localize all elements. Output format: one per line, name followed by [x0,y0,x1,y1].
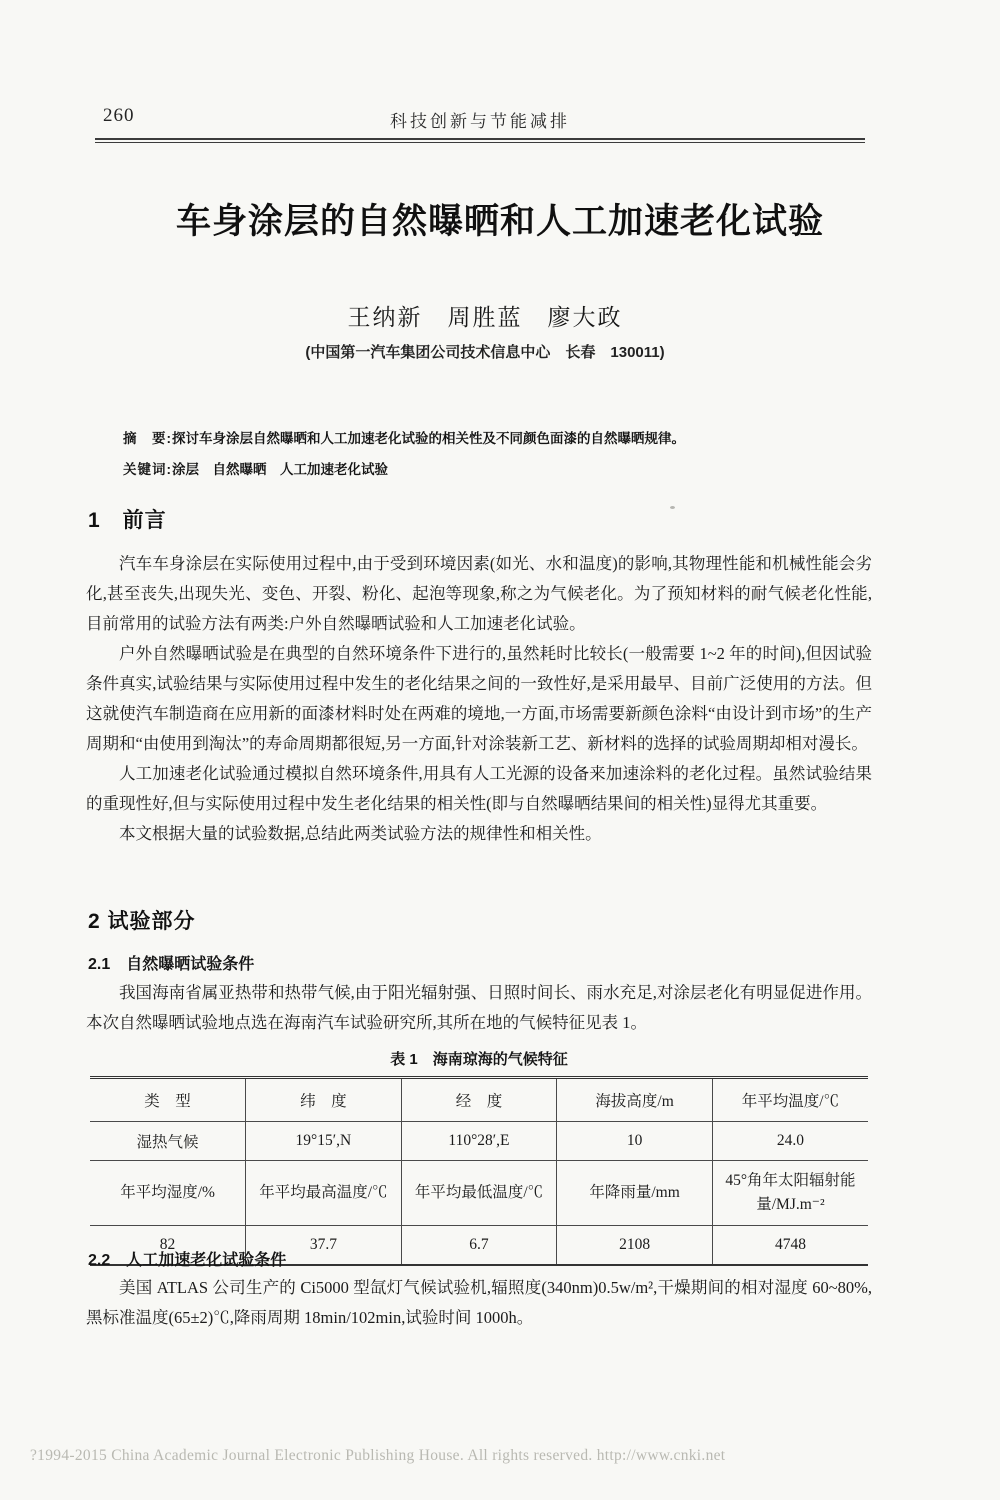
table-row: 类 型 纬 度 经 度 海拔高度/m 年平均温度/℃ [90,1078,868,1122]
scan-artifact-dot [670,506,675,509]
paragraph: 户外自然曝晒试验是在典型的自然环境条件下进行的,虽然耗时比较长(一般需要 1~2… [86,639,872,759]
table-cell: 年平均温度/℃ [712,1078,868,1122]
table-1-caption: 表 1 海南琼海的气候特征 [90,1048,868,1069]
table-cell: 海拔高度/m [557,1078,713,1122]
scanned-paper-page: 260 科技创新与节能减排 车身涂层的自然曝晒和人工加速老化试验 王纳新 周胜蓝… [0,0,1000,1500]
section-2-2-heading: 2.2 人工加速老化试验条件 [88,1247,286,1270]
section-2-heading: 2 试验部分 [88,905,196,935]
keywords-line: 关键词:涂层 自然曝晒 人工加速老化试验 [123,454,853,485]
cnki-copyright-footer: ?1994-2015 China Academic Journal Electr… [30,1447,980,1465]
table-cell: 110°28′,E [401,1122,557,1161]
section-1-heading: 1 前言 [88,504,167,534]
table-1-climate-characteristics: 类 型 纬 度 经 度 海拔高度/m 年平均温度/℃ 湿热气候 19°15′,N… [90,1076,868,1266]
table-cell: 年降雨量/mm [557,1161,713,1226]
abstract-block: 摘 要:探讨车身涂层自然曝晒和人工加速老化试验的相关性及不同颜色面漆的自然曝晒规… [123,423,853,485]
table-row: 年平均湿度/% 年平均最高温度/℃ 年平均最低温度/℃ 年降雨量/mm 45°角… [90,1161,868,1226]
header-double-rule [95,138,865,143]
section-2-1-body: 我国海南省属亚热带和热带气候,由于阳光辐射强、日照时间长、雨水充足,对涂层老化有… [86,978,872,1038]
section-1-body: 汽车车身涂层在实际使用过程中,由于受到环境因素(如光、水和温度)的影响,其物理性… [86,549,872,849]
table-cell: 45°角年太阳辐射能量/MJ.m⁻² [712,1161,868,1226]
table-cell: 年平均最高温度/℃ [246,1161,402,1226]
paragraph: 人工加速老化试验通过模拟自然环境条件,用具有人工光源的设备来加速涂料的老化过程。… [86,759,872,819]
section-2-1-heading: 2.1 自然曝晒试验条件 [88,951,254,974]
table-cell: 24.0 [712,1122,868,1161]
table-cell: 6.7 [401,1226,557,1266]
journal-running-title: 科技创新与节能减排 [95,107,865,132]
paragraph: 我国海南省属亚热带和热带气候,由于阳光辐射强、日照时间长、雨水充足,对涂层老化有… [86,978,872,1038]
author-names: 王纳新 周胜蓝 廖大政 [0,299,970,332]
table-cell: 年平均湿度/% [90,1161,246,1226]
table-cell: 10 [557,1122,713,1161]
table-cell: 年平均最低温度/℃ [401,1161,557,1226]
table-cell: 类 型 [90,1078,246,1122]
table-cell: 4748 [712,1226,868,1266]
article-title: 车身涂层的自然曝晒和人工加速老化试验 [0,194,1000,244]
keywords-label: 关键词: [123,462,172,477]
table-cell: 19°15′,N [246,1122,402,1161]
table-row: 湿热气候 19°15′,N 110°28′,E 10 24.0 [90,1122,868,1161]
table-cell: 湿热气候 [90,1122,246,1161]
abstract-line: 摘 要:探讨车身涂层自然曝晒和人工加速老化试验的相关性及不同颜色面漆的自然曝晒规… [123,423,853,454]
keywords-text: 涂层 自然曝晒 人工加速老化试验 [172,462,388,477]
author-affiliation: (中国第一汽车集团公司技术信息中心 长春 130011) [0,341,970,362]
abstract-label: 摘 要: [123,431,172,446]
table-cell: 纬 度 [246,1078,402,1122]
section-2-2-body: 美国 ATLAS 公司生产的 Ci5000 型氙灯气候试验机,辐照度(340nm… [86,1273,872,1333]
table-cell: 经 度 [401,1078,557,1122]
paragraph: 本文根据大量的试验数据,总结此两类试验方法的规律性和相关性。 [86,819,872,849]
abstract-text: 探讨车身涂层自然曝晒和人工加速老化试验的相关性及不同颜色面漆的自然曝晒规律。 [172,431,685,446]
paragraph: 美国 ATLAS 公司生产的 Ci5000 型氙灯气候试验机,辐照度(340nm… [86,1273,872,1333]
table-cell: 2108 [557,1226,713,1266]
paragraph: 汽车车身涂层在实际使用过程中,由于受到环境因素(如光、水和温度)的影响,其物理性… [86,549,872,639]
